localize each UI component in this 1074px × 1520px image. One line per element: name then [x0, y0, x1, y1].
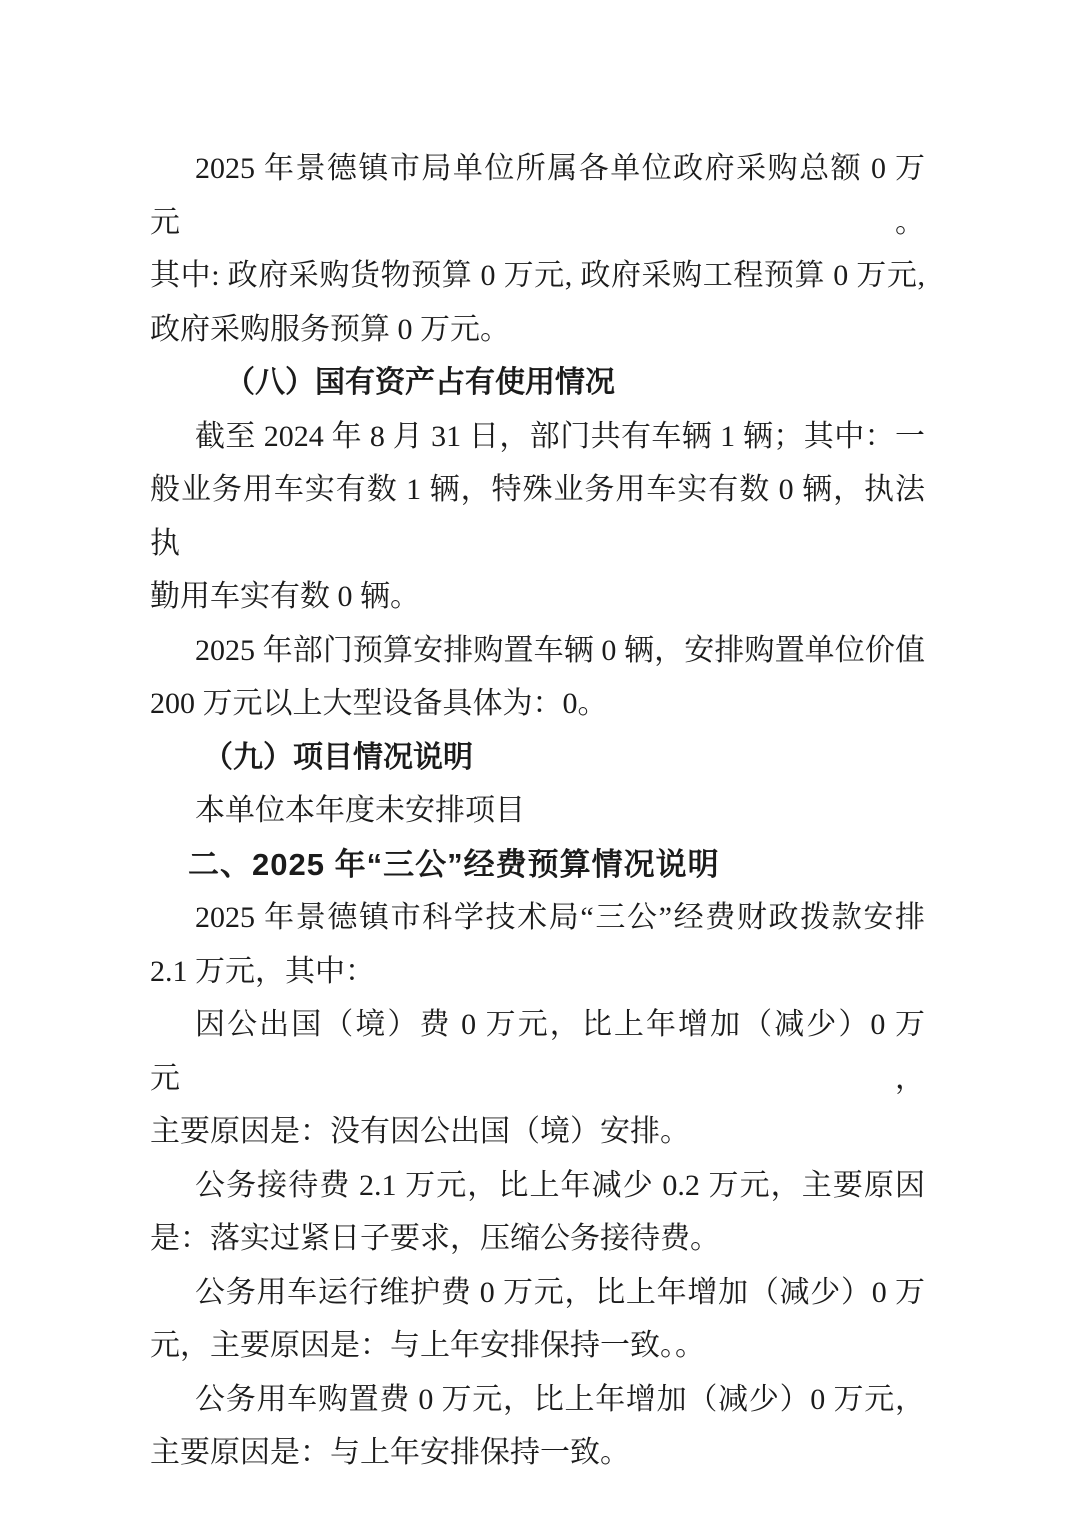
text-line: 公务用车运行维护费 0 万元，比上年增加（减少）0 万: [150, 1266, 925, 1320]
text-line: 截至 2024 年 8 月 31 日，部门共有车辆 1 辆；其中：一: [150, 410, 925, 464]
text-line: 主要原因是：与上年安排保持一致。: [150, 1426, 925, 1480]
text-line: 2025 年景德镇市局单位所属各单位政府采购总额 0 万元。: [150, 142, 925, 249]
text-line: 2025 年景德镇市科学技术局“三公”经费财政拨款安排: [150, 891, 925, 945]
chapter-heading-sangong: 二、2025 年“三公”经费预算情况说明: [150, 838, 925, 892]
section-heading-9: （九）项目情况说明: [150, 731, 925, 785]
text-line: 2025 年部门预算安排购置车辆 0 辆，安排购置单位价值: [150, 624, 925, 678]
text-line: 200 万元以上大型设备具体为：0。: [150, 677, 925, 731]
text-line: 主要原因是：没有因公出国（境）安排。: [150, 1105, 925, 1159]
text-line: 因公出国（境）费 0 万元，比上年增加（减少）0 万元，: [150, 998, 925, 1105]
text-line: 其中: 政府采购货物预算 0 万元, 政府采购工程预算 0 万元,: [150, 249, 925, 303]
text-line: 元，主要原因是：与上年安排保持一致。。: [150, 1319, 925, 1373]
text-line: 2.1 万元，其中：: [150, 945, 925, 999]
document-body: 2025 年景德镇市局单位所属各单位政府采购总额 0 万元。 其中: 政府采购货…: [150, 142, 925, 1480]
text-line: 公务接待费 2.1 万元，比上年减少 0.2 万元，主要原因: [150, 1159, 925, 1213]
text-line: 般业务用车实有数 1 辆，特殊业务用车实有数 0 辆，执法执: [150, 463, 925, 570]
text-line: 公务用车购置费 0 万元，比上年增加（减少）0 万元，: [150, 1373, 925, 1427]
document-page: 2025 年景德镇市局单位所属各单位政府采购总额 0 万元。 其中: 政府采购货…: [0, 0, 1074, 1520]
text-line: 是：落实过紧日子要求，压缩公务接待费。: [150, 1212, 925, 1266]
text-line: 本单位本年度未安排项目: [150, 784, 925, 838]
section-heading-8: （八）国有资产占有使用情况: [150, 356, 925, 410]
text-line: 勤用车实有数 0 辆。: [150, 570, 925, 624]
text-line: 政府采购服务预算 0 万元。: [150, 303, 925, 357]
